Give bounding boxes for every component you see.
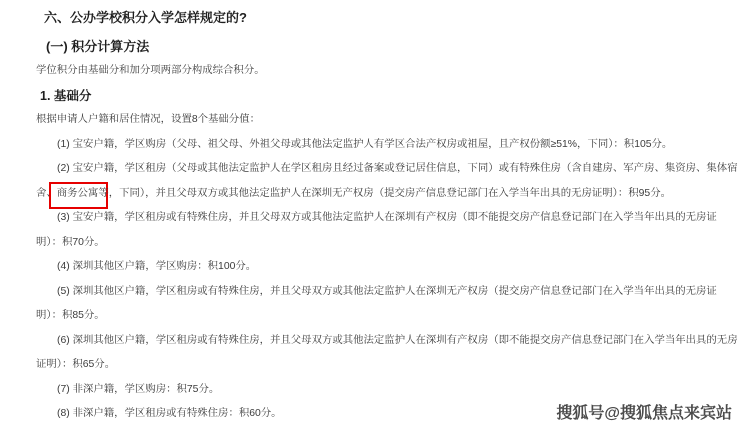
intro-paragraph: 学位积分由基础分和加分项两部分构成综合积分。 bbox=[36, 59, 736, 84]
article-title: 六、公办学校积分入学怎样规定的? bbox=[44, 6, 736, 31]
list-item-7: (7) 非深户籍，学区购房：积75分。 bbox=[36, 378, 736, 403]
list-item-4: (4) 深圳其他区户籍，学区购房：积100分。 bbox=[36, 255, 736, 280]
item-1-line-1: (1) 宝安户籍，学区购房（父母、祖父母、外祖父母或其他法定监护人有学区合法产权… bbox=[57, 139, 672, 150]
section-heading: (一) 积分计算方法 bbox=[46, 35, 736, 60]
lead-paragraph: 根据申请人户籍和居住情况，设置8个基础分值： bbox=[36, 108, 736, 133]
list-item-1: (1) 宝安户籍，学区购房（父母、祖父母、外祖父母或其他法定监护人有学区合法产权… bbox=[36, 133, 736, 158]
item-3-line-2: 明）：积70分。 bbox=[36, 237, 105, 248]
item-3-line-1: (3) 宝安户籍，学区租房或有特殊住房，并且父母双方或其他法定监护人在深圳有产权… bbox=[57, 212, 717, 223]
item-6-line-1: (6) 深圳其他区户籍，学区租房或有特殊住房，并且父母双方或其他法定监护人在深圳… bbox=[57, 335, 738, 346]
watermark: 搜狐号@搜狐焦点来宾站 bbox=[556, 400, 732, 423]
list-item-6: (6) 深圳其他区户籍，学区租房或有特殊住房，并且父母双方或其他法定监护人在深圳… bbox=[36, 329, 736, 378]
item-7-line-1: (7) 非深户籍，学区购房：积75分。 bbox=[57, 384, 219, 395]
list-item-3: (3) 宝安户籍，学区租房或有特殊住房，并且父母双方或其他法定监护人在深圳有产权… bbox=[36, 206, 736, 255]
item-8-line-1: (8) 非深户籍，学区租房或有特殊住房：积60分。 bbox=[57, 408, 282, 419]
item-5-line-1: (5) 深圳其他区户籍，学区租房或有特殊住房，并且父母双方或其他法定监护人在深圳… bbox=[57, 286, 717, 297]
item-5-line-2: 明）：积85分。 bbox=[36, 310, 105, 321]
list-item-2: (2) 宝安户籍，学区租房（父母或其他法定监护人在学区租房且经过备案或登记居住信… bbox=[36, 157, 736, 206]
article: 六、公办学校积分入学怎样规定的? (一) 积分计算方法 学位积分由基础分和加分项… bbox=[0, 0, 740, 428]
list-item-5: (5) 深圳其他区户籍，学区租房或有特殊住房，并且父母双方或其他法定监护人在深圳… bbox=[36, 280, 736, 329]
item-2-line-2: 舍、商务公寓等，下同），并且父母双方或其他法定监护人在深圳无产权房（提交房产信息… bbox=[36, 188, 671, 199]
subsection-heading: 1. 基础分 bbox=[40, 84, 736, 109]
item-2-line-1: (2) 宝安户籍，学区租房（父母或其他法定监护人在学区租房且经过备案或登记居住信… bbox=[57, 163, 738, 174]
item-2-line-2-post: 等，下同），并且父母双方或其他法定监护人在深圳无产权房（提交房产信息登记部门在入… bbox=[98, 188, 671, 199]
item-4-line-1: (4) 深圳其他区户籍，学区购房：积100分。 bbox=[57, 261, 256, 272]
item-6-line-2: 证明）：积65分。 bbox=[36, 359, 115, 370]
